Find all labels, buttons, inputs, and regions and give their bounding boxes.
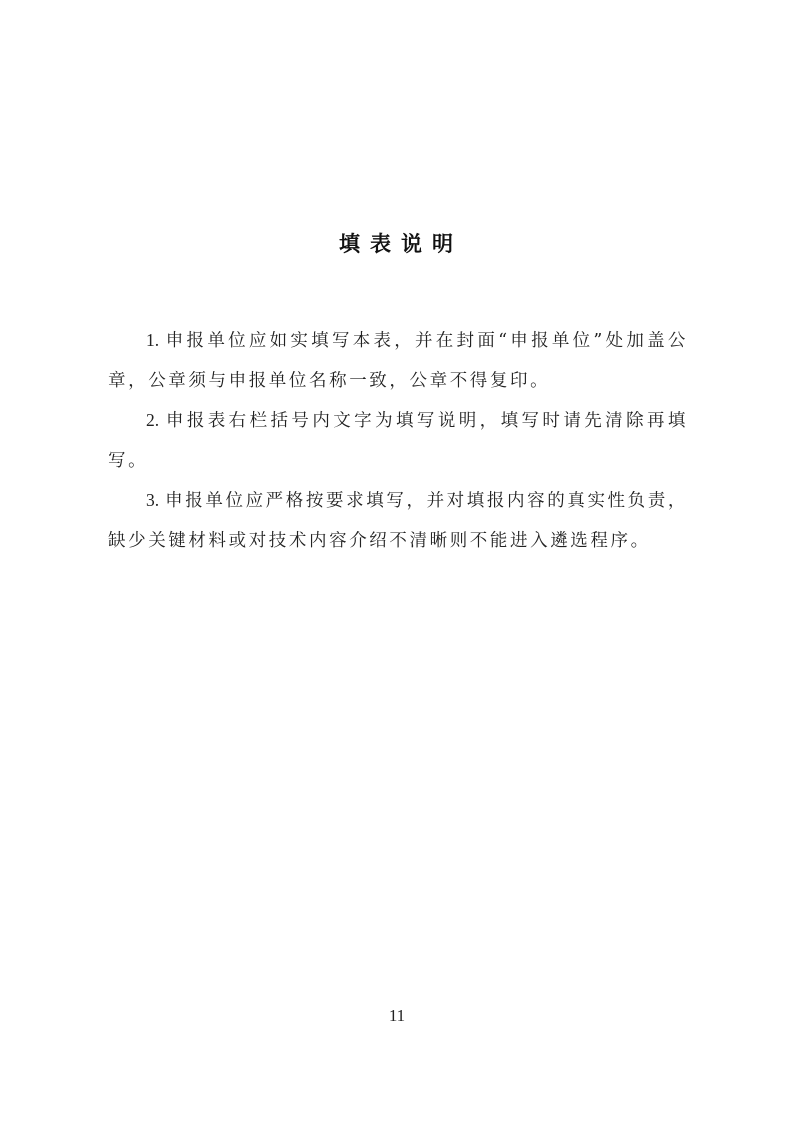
document-page: 填表说明 1.申报单位应如实填写本表，并在封面“申报单位”处加盖公章，公章须与申…: [0, 0, 794, 1123]
instruction-item-3: 3.申报单位应严格按要求填写，并对填报内容的真实性负责，缺少关键材料或对技术内容…: [108, 481, 688, 561]
instruction-text: 申报表右栏括号内文字为填写说明，填写时请先清除再填写。: [108, 411, 688, 471]
page-title: 填表说明: [0, 228, 794, 260]
page-number: 11: [0, 1006, 794, 1026]
instruction-number: 2.: [146, 410, 159, 430]
instruction-item-2: 2.申报表右栏括号内文字为填写说明，填写时请先清除再填写。: [108, 401, 688, 481]
instruction-item-1: 1.申报单位应如实填写本表，并在封面“申报单位”处加盖公章，公章须与申报单位名称…: [108, 321, 688, 401]
instruction-number: 1.: [146, 330, 159, 350]
instruction-text: 申报单位应如实填写本表，并在封面“申报单位”处加盖公章，公章须与申报单位名称一致…: [108, 331, 688, 391]
instructions-list: 1.申报单位应如实填写本表，并在封面“申报单位”处加盖公章，公章须与申报单位名称…: [108, 321, 688, 561]
instruction-text: 申报单位应严格按要求填写，并对填报内容的真实性负责，缺少关键材料或对技术内容介绍…: [108, 491, 688, 551]
instruction-number: 3.: [146, 490, 159, 510]
